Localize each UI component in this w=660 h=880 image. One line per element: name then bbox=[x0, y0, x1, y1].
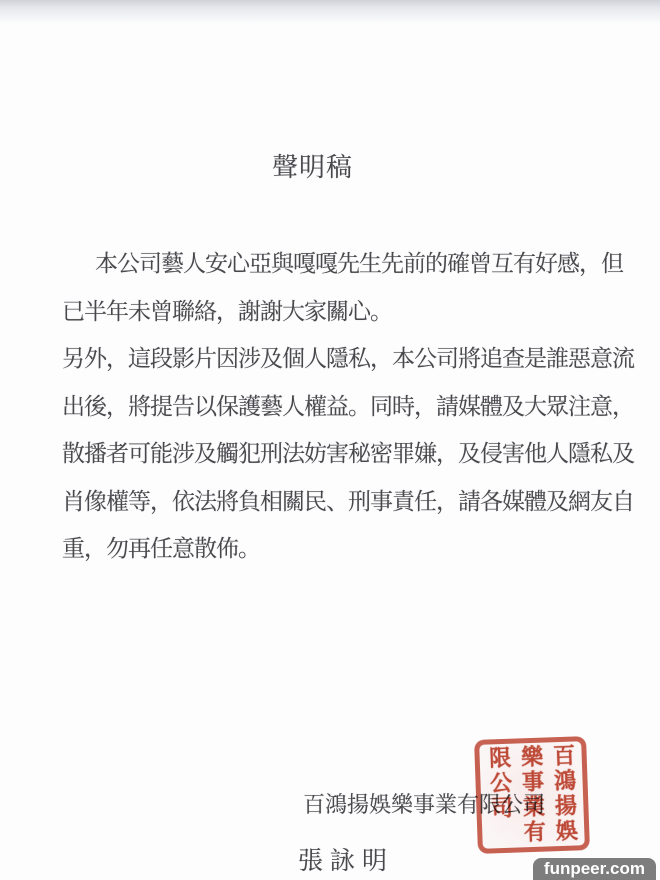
body-line: 已半年未曾聯絡，謝謝大家關心。 bbox=[62, 288, 628, 336]
document-title: 聲明稿 bbox=[272, 147, 353, 184]
body-line: 散播者可能涉及觸犯刑法妨害秘密罪嫌，及侵害他人隱私及 bbox=[62, 430, 628, 478]
body-line: 本公司藝人安心亞與嘎嘎先生先前的確曾互有好感，但 bbox=[62, 240, 628, 288]
seal-text: 百鴻揚娛樂事業有限公司 bbox=[482, 743, 581, 846]
body-line: 重，勿再任意散佈。 bbox=[62, 525, 628, 573]
statement-body: 本公司藝人安心亞與嘎嘎先生先前的確曾互有好感，但 已半年未曾聯絡，謝謝大家關心。… bbox=[62, 240, 628, 573]
watermark-badge: funpeer.com bbox=[533, 858, 656, 880]
signatory-name: 張詠明 bbox=[298, 841, 394, 877]
body-line: 出後，將提告以保護藝人權益。同時，請媒體及大眾注意， bbox=[62, 383, 628, 431]
statement-document: 聲明稿 本公司藝人安心亞與嘎嘎先生先前的確曾互有好感，但 已半年未曾聯絡，謝謝大… bbox=[0, 0, 660, 880]
body-line: 另外，這段影片因涉及個人隱私，本公司將追查是誰惡意流 bbox=[62, 335, 628, 383]
watermark-label: funpeer.com bbox=[544, 859, 645, 879]
company-seal-stamp: 百鴻揚娛樂事業有限公司 bbox=[474, 736, 590, 854]
scan-edge-shadow bbox=[0, 0, 660, 26]
body-line: 肖像權等，依法將負相關民、刑事責任，請各媒體及網友自 bbox=[62, 478, 628, 526]
